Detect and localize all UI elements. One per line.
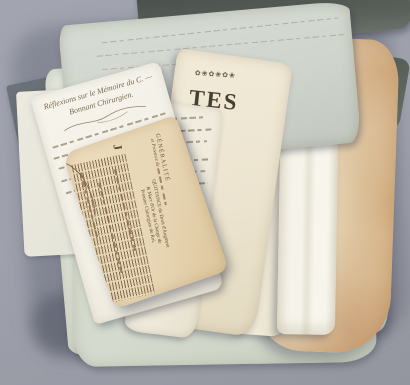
ornament-band: ✿❀✿❀✿❀: [194, 69, 264, 82]
drop-cap: J: [110, 143, 126, 152]
photo-canvas: ✿❀✿❀✿❀ TES Réflexions sur le Mémoire du …: [0, 0, 410, 385]
handwriting-line: [102, 17, 339, 43]
